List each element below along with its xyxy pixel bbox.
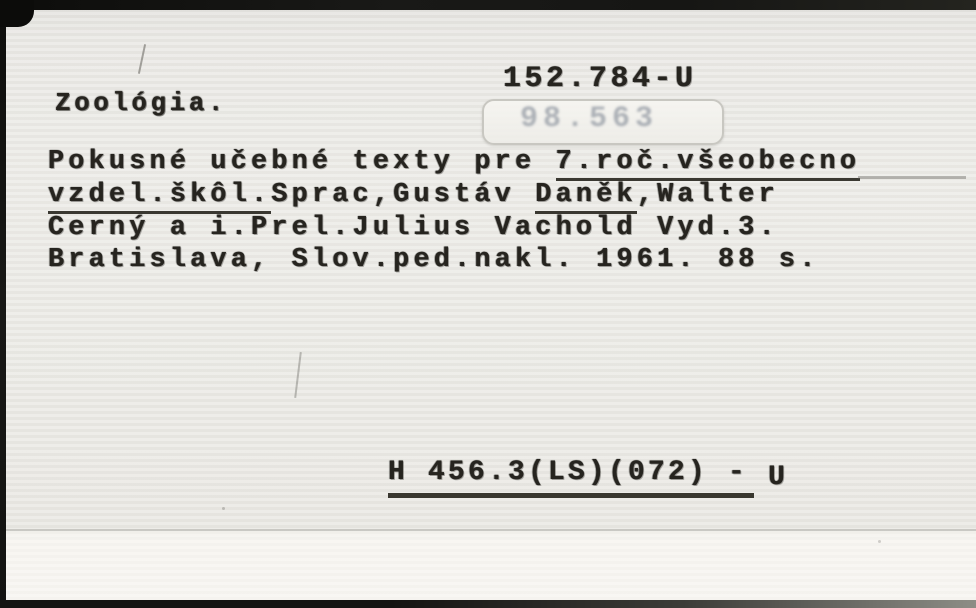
underlined-text: Daněk: [535, 180, 637, 214]
pencil-mark: [294, 352, 302, 398]
call-number: 152.784-U: [503, 62, 697, 96]
text-segment: Sprac,Gustáv: [271, 180, 535, 210]
body-line: Cerný a i.Prel.Julius Vachold Vyd.3.: [48, 212, 860, 245]
classification-suffix: U: [768, 462, 788, 493]
body-line: vzdel.škôl.Sprac,Gustáv Daněk,Walter: [48, 179, 860, 212]
text-segment: ,Walter: [637, 180, 779, 210]
body-line: Pokusné učebné texty pre 7.roč.všeobecno: [48, 146, 860, 179]
speck: [222, 507, 225, 510]
next-card-strip: [6, 531, 976, 600]
text-segment: Cerný a i.Prel.Julius Vachold Vyd.3.: [48, 213, 779, 243]
scan-edge-bottom: [0, 600, 976, 608]
text-segment: Pokusné učebné texty pre: [48, 147, 556, 177]
underlined-text: vzdel.škôl.: [48, 180, 271, 214]
classification-code: H 456.3(LS)(072) -: [388, 457, 754, 498]
scan-edge-left: [0, 0, 6, 608]
correction-tape: 98.563: [482, 99, 724, 145]
underlined-text: 7.roč.všeobecno: [556, 147, 861, 181]
pencil-mark: [138, 44, 146, 74]
body-text: Pokusné učebné texty pre 7.roč.všeobecno…: [48, 146, 860, 277]
classification-line: H 456.3(LS)(072) -U: [308, 426, 788, 519]
old-call-number: 98.563: [520, 102, 658, 136]
scan-corner-shadow: [0, 0, 34, 27]
body-line: Bratislava, Slov.ped.nakl. 1961. 88 s.: [48, 244, 860, 277]
underline-extension-mark: [858, 176, 966, 179]
speck: [878, 540, 881, 543]
text-segment: Bratislava, Slov.ped.nakl. 1961. 88 s.: [48, 245, 820, 275]
catalog-card-scan: Zoológia. 152.784-U 98.563 Pokusné učebn…: [0, 0, 976, 608]
subject-heading: Zoológia.: [55, 88, 227, 118]
scan-edge-top: [0, 0, 976, 10]
